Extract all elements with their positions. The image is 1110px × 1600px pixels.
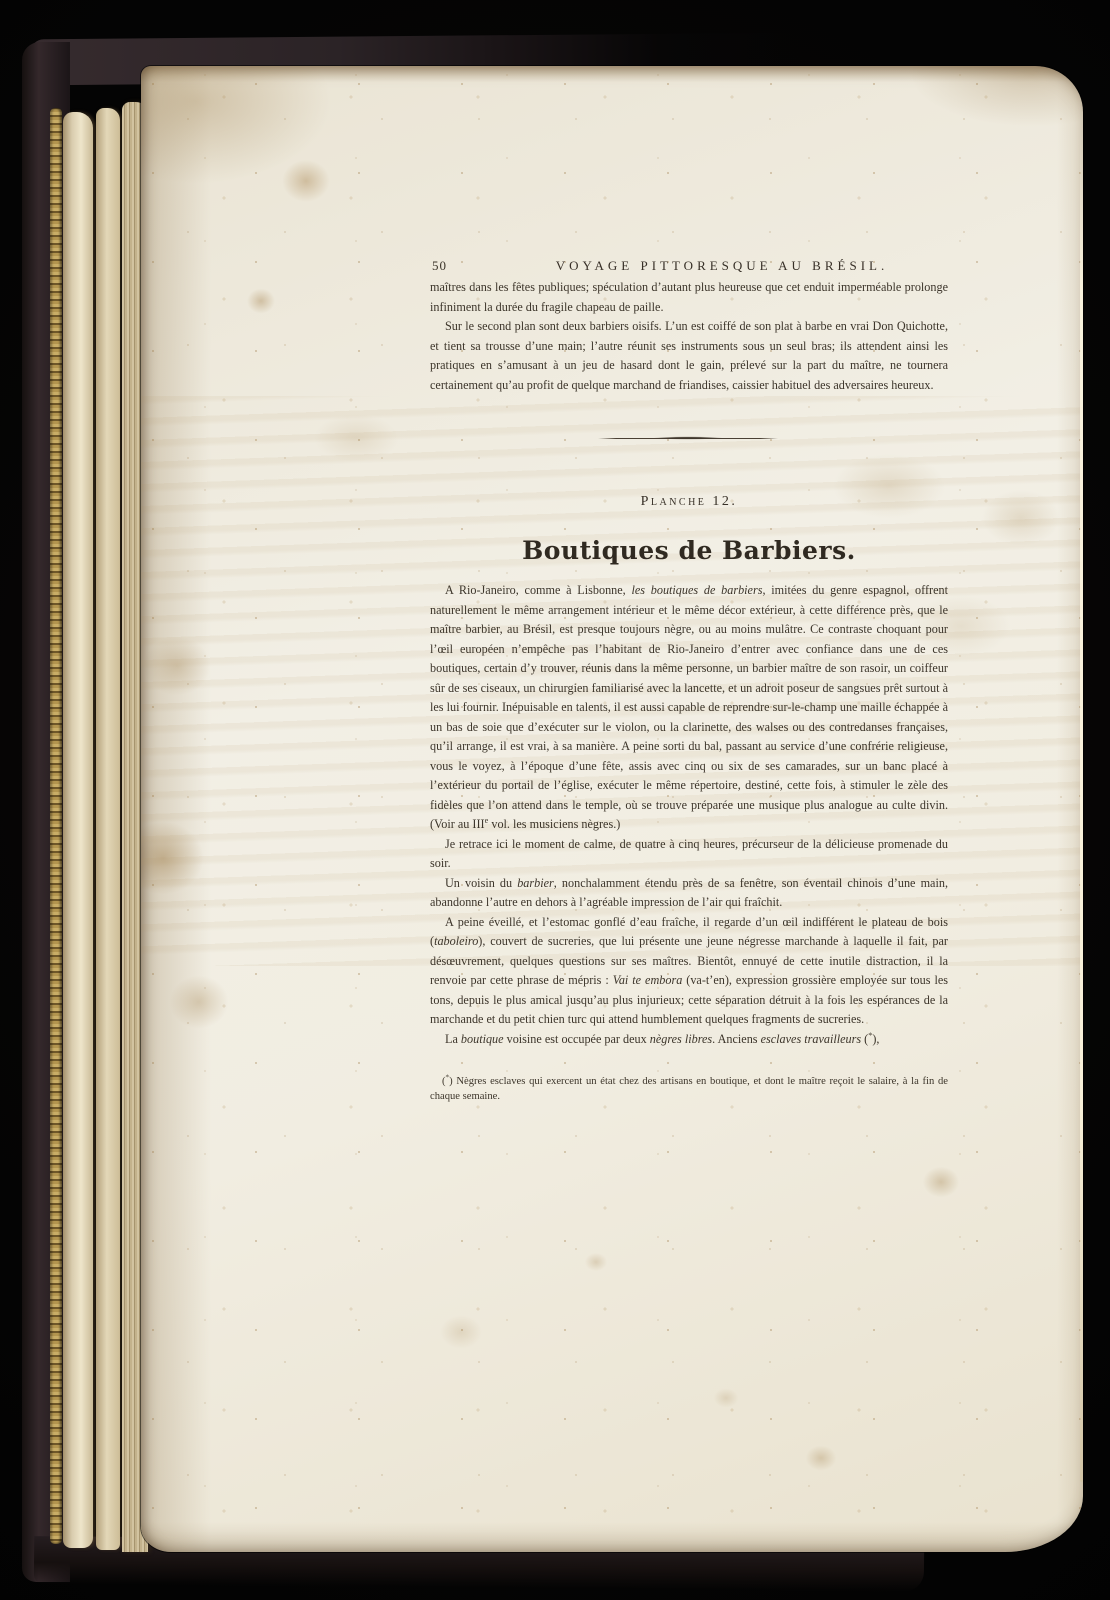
paragraph: A peine éveillé, et l’estomac gonflé d’e…: [430, 913, 948, 1030]
paragraph: Sur le second plan sont deux barbiers oi…: [430, 317, 948, 395]
gilt-endband: [50, 108, 62, 1544]
section-divider-rule: [598, 436, 778, 440]
footnote: (*) Nègres esclaves qui exercent un état…: [430, 1075, 948, 1104]
paragraph: maîtres dans les fêtes publiques; spécul…: [430, 278, 948, 317]
page-header: 50 VOYAGE PITTORESQUE AU BRÉSIL.: [430, 256, 948, 274]
chapter-title: Boutiques de Barbiers.: [430, 541, 948, 561]
running-header: VOYAGE PITTORESQUE AU BRÉSIL.: [430, 256, 948, 276]
paragraph: Je retrace ici le moment de calme, de qu…: [430, 835, 948, 874]
page-edge-band: [96, 108, 120, 1550]
plate-label: Planche 12.: [430, 492, 948, 512]
paragraph: Un voisin du barbier, nonchalamment éten…: [430, 874, 948, 913]
page-number: 50: [432, 256, 447, 276]
photo-background: 50 VOYAGE PITTORESQUE AU BRÉSIL. maîtres…: [0, 0, 1110, 1600]
paragraph: (*) Nègres esclaves qui exercent un état…: [430, 1075, 948, 1104]
page-edge-band: [63, 112, 93, 1548]
intro-paragraphs: maîtres dans les fêtes publiques; spécul…: [430, 278, 948, 395]
text-block: 50 VOYAGE PITTORESQUE AU BRÉSIL. maîtres…: [430, 256, 948, 1104]
book-page: 50 VOYAGE PITTORESQUE AU BRÉSIL. maîtres…: [141, 66, 1083, 1552]
paragraph: A Rio-Janeiro, comme à Lisbonne, les bou…: [430, 581, 948, 835]
paragraph: La boutique voisine est occupée par deux…: [430, 1030, 948, 1050]
body-paragraphs: A Rio-Janeiro, comme à Lisbonne, les bou…: [430, 581, 948, 1049]
